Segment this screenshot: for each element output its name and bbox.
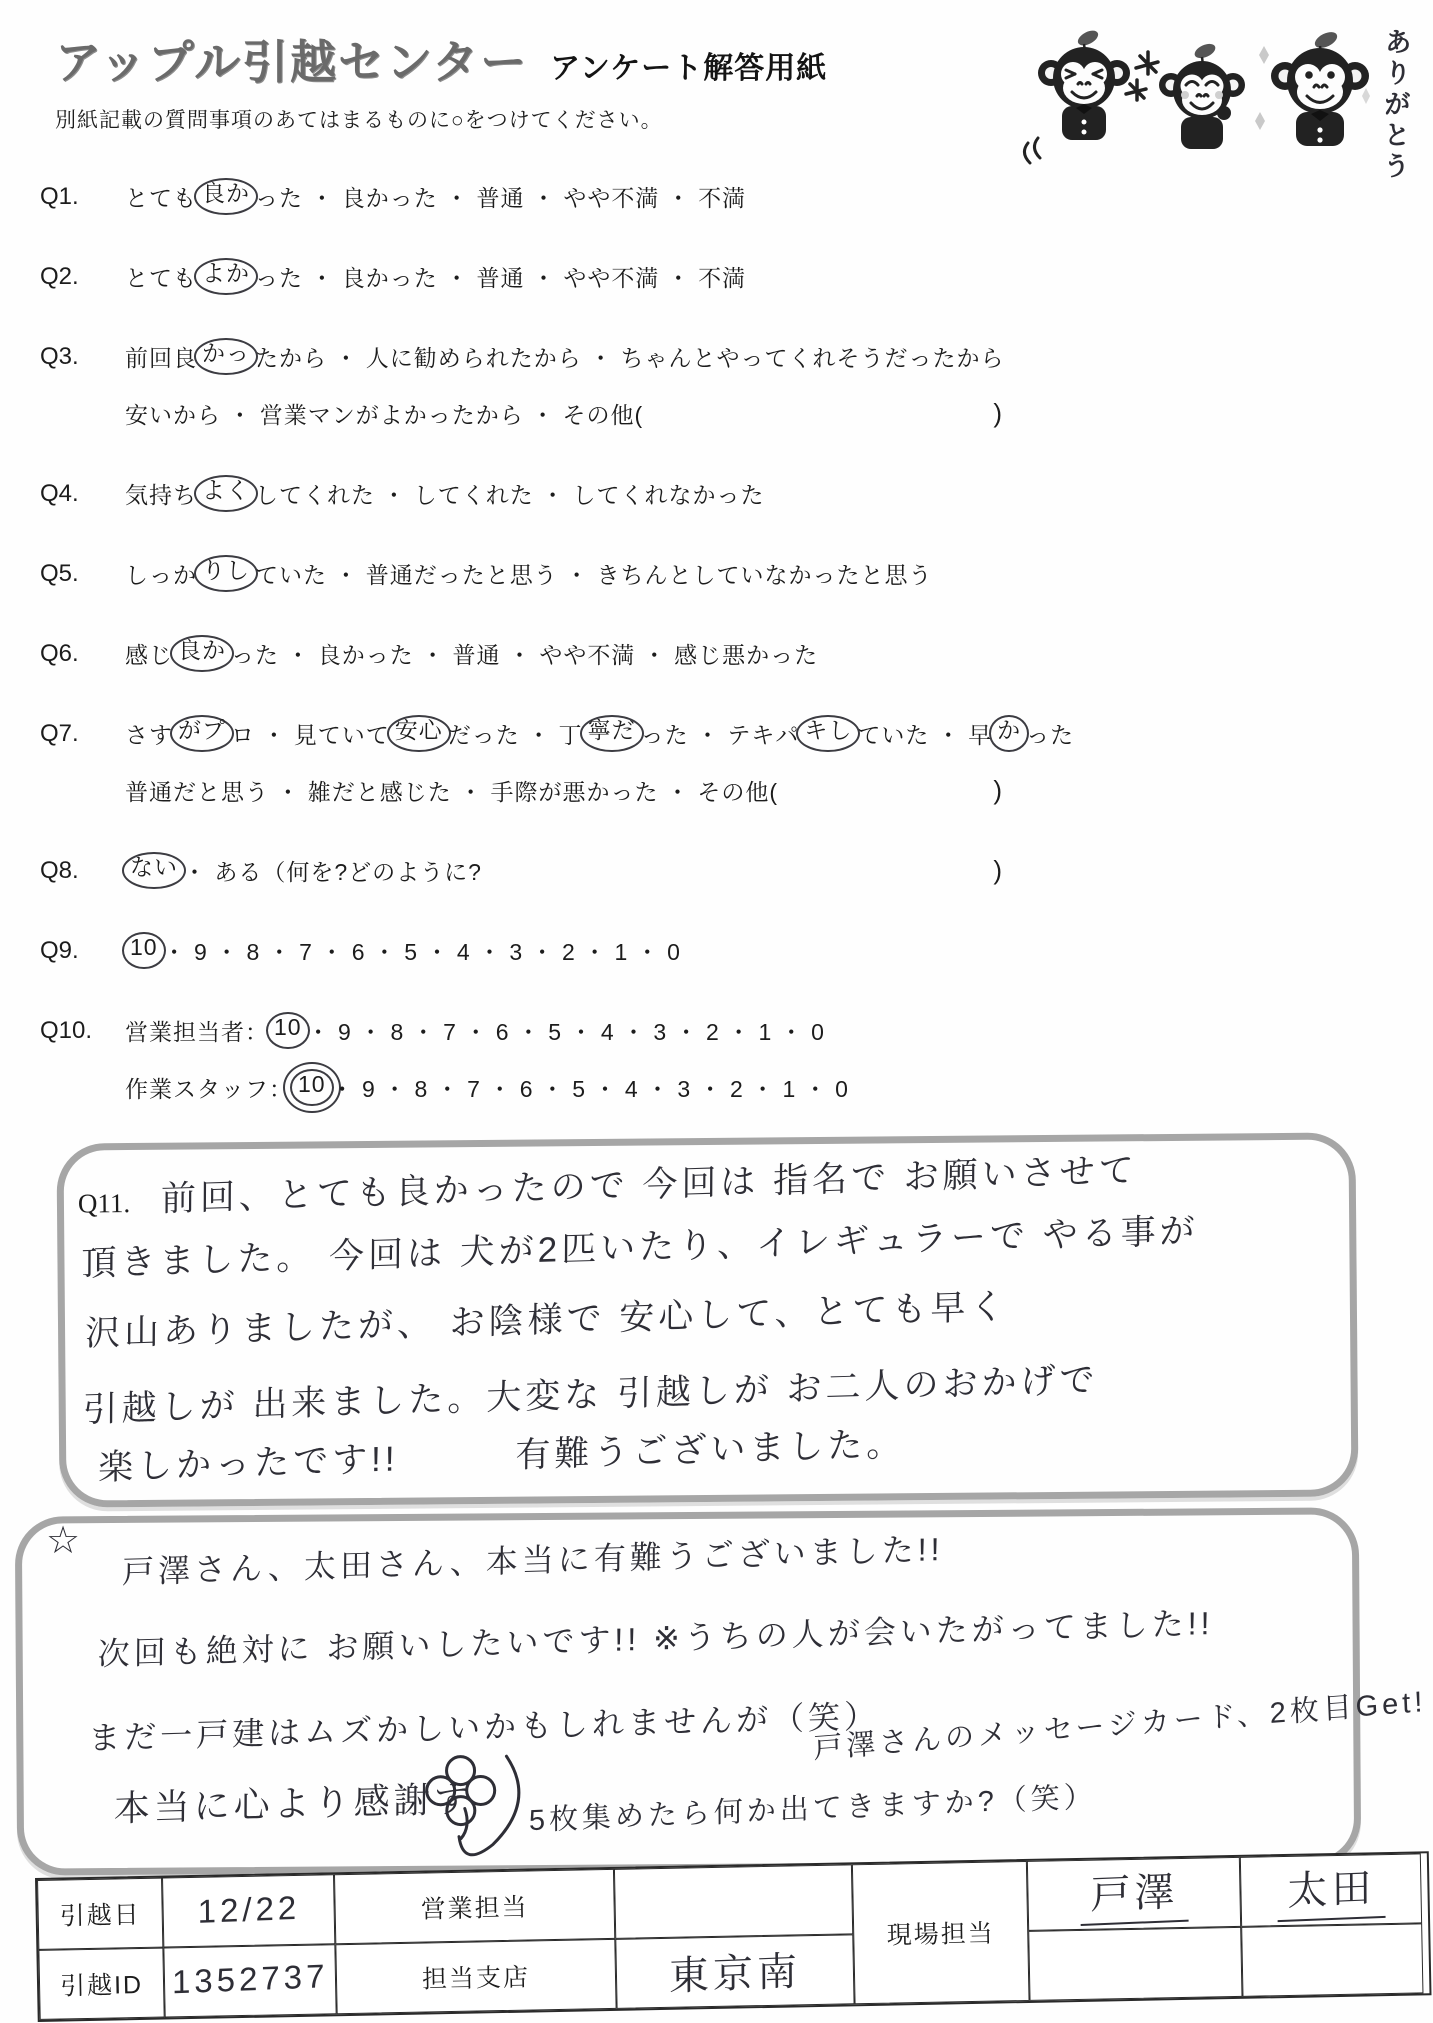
option-text: った ・ 良かった ・ 普通 ・ やや不満 ・ 不満 xyxy=(255,180,746,213)
circled-answer: 10 xyxy=(290,1069,334,1106)
closing-paren: ) xyxy=(993,398,1003,429)
option-line: とても良かった ・ 良かった ・ 普通 ・ やや不満 ・ 不満 xyxy=(125,168,1433,225)
note-line: 戸澤さん、太田さん、本当に有難うございました!! xyxy=(122,1524,944,1593)
option-text: 安いから ・ 営業マンがよかったから ・ その他( xyxy=(125,397,643,430)
brand-logo-text: アップル引越センター xyxy=(55,26,528,92)
circled-answer: 良か xyxy=(194,178,258,215)
option-line: 安いから ・ 営業マンがよかったから ・ その他() xyxy=(125,385,1433,442)
option-line: 感じ良かった ・ 良かった ・ 普通 ・ やや不満 ・ 感じ悪かった xyxy=(125,625,1433,682)
questions: Q1.とても良かった ・ 良かった ・ 普通 ・ やや不満 ・ 不満Q2.とても… xyxy=(40,168,1433,1139)
option-text: だった ・ 丁 xyxy=(448,717,583,750)
empty-cell xyxy=(1241,1923,1423,1996)
question-row: Q9.10 ・ 9 ・ 8 ・ 7 ・ 6 ・ 5 ・ 4 ・ 3 ・ 2 ・ … xyxy=(40,922,1433,979)
move-date-value: 12/22 xyxy=(162,1874,335,1947)
option-text: 気持ち xyxy=(125,477,197,510)
sales-rep-value xyxy=(614,1864,853,1939)
site-staff-label: 現場担当 xyxy=(852,1861,1030,2004)
move-id-label: 引越ID xyxy=(38,1948,164,2020)
branch-value: 東京南 xyxy=(615,1934,854,2009)
question-row: Q2.とてもよかった ・ 良かった ・ 普通 ・ やや不満 ・ 不満 xyxy=(40,248,1433,305)
circled-answer: 10 xyxy=(122,932,166,969)
option-text: さす xyxy=(125,717,173,750)
option-text: った ・ 良かった ・ 普通 ・ やや不満 ・ 感じ悪かった xyxy=(231,637,818,670)
closing-paren: ) xyxy=(993,775,1003,806)
star-mark: ☆ xyxy=(46,1518,80,1563)
circled-answer: がプ xyxy=(170,715,234,752)
q11-label: Q11. xyxy=(78,1188,131,1219)
option-line: しっかりしていた ・ 普通だったと思う ・ きちんとしていなかったと思う xyxy=(125,545,1433,602)
move-id-value: 1352737 xyxy=(163,1944,336,2017)
option-text: 営業担当者： xyxy=(125,1014,269,1047)
option-text: してくれた ・ してくれた ・ してくれなかった xyxy=(255,477,765,510)
option-text: しっか xyxy=(125,557,197,590)
question-id: Q2. xyxy=(40,248,125,305)
option-line: 普通だと思う ・ 雑だと感じた ・ 手際が悪かった ・ その他() xyxy=(125,762,1433,819)
question-row: Q10.営業担当者：10 ・ 9 ・ 8 ・ 7 ・ 6 ・ 5 ・ 4 ・ 3… xyxy=(40,1002,1433,1116)
question-row: Q8.ない ・ ある（何を?どのように?) xyxy=(40,842,1433,899)
option-text: ていた ・ 早 xyxy=(857,717,992,750)
note-closing-right-1: 戸澤さんのメッセージカード、2枚目Get! xyxy=(813,1679,1428,1767)
question-id: Q4. xyxy=(40,465,125,522)
thanks-vertical-text: ありがとう xyxy=(1375,27,1416,188)
option-line: 10 ・ 9 ・ 8 ・ 7 ・ 6 ・ 5 ・ 4 ・ 3 ・ 2 ・ 1 ・… xyxy=(125,922,1433,979)
option-text: ・ ある（何を?どのように? xyxy=(183,854,482,887)
circled-answer: 良か xyxy=(170,635,234,672)
winking-monkey-icon xyxy=(1038,28,1130,140)
empty-cell xyxy=(1028,1927,1242,2001)
form-title: アンケート解答用紙 xyxy=(550,43,827,87)
clover-doodle-icon xyxy=(418,1748,534,1859)
question-id: Q1. xyxy=(40,168,125,225)
option-text: ロ ・ 見ていて xyxy=(231,717,390,750)
option-text: 前回良 xyxy=(125,340,197,373)
option-text: 感じ xyxy=(125,637,173,670)
circled-answer: かっ xyxy=(194,338,258,375)
question-id: Q7. xyxy=(40,705,125,819)
circled-answer: 安心 xyxy=(387,715,451,752)
instruction-text: 別紙記載の質問事項のあてはまるものに○をつけてください。 xyxy=(55,104,827,134)
question-row: Q6.感じ良かった ・ 良かった ・ 普通 ・ やや不満 ・ 感じ悪かった xyxy=(40,625,1433,682)
sparkle-cross-icons xyxy=(1126,52,1158,100)
circled-answer: よく xyxy=(194,475,258,512)
question-row: Q1.とても良かった ・ 良かった ・ 普通 ・ やや不満 ・ 不満 xyxy=(40,168,1433,225)
option-text: ・ 9 ・ 8 ・ 7 ・ 6 ・ 5 ・ 4 ・ 3 ・ 2 ・ 1 ・ 0 xyxy=(307,1014,825,1047)
option-text: 作業スタッフ： xyxy=(125,1071,293,1104)
option-text: った xyxy=(1026,717,1074,750)
option-text: 普通だと思う ・ 雑だと感じた ・ 手際が悪かった ・ その他( xyxy=(125,774,778,807)
question-id: Q9. xyxy=(40,922,125,979)
closing-paren: ) xyxy=(993,855,1003,886)
option-line: 前回良かったから ・ 人に勧められたから ・ ちゃんとやってくれそうだったから xyxy=(125,328,1433,385)
option-line: ない ・ ある（何を?どのように?) xyxy=(125,842,1433,899)
option-text: ・ 9 ・ 8 ・ 7 ・ 6 ・ 5 ・ 4 ・ 3 ・ 2 ・ 1 ・ 0 xyxy=(331,1071,849,1104)
circled-answer: キし xyxy=(796,715,860,752)
smiling-monkey-icon xyxy=(1271,29,1369,146)
option-line: とてもよかった ・ 良かった ・ 普通 ・ やや不満 ・ 不満 xyxy=(125,248,1433,305)
option-text: った ・ 良かった ・ 普通 ・ やや不満 ・ 不満 xyxy=(255,260,746,293)
question-id: Q6. xyxy=(40,625,125,682)
option-text: とても xyxy=(125,260,197,293)
q11-line: 引越しが 出来ました。大変な 引越しが お二人のおかげで xyxy=(83,1352,1099,1432)
option-text: とても xyxy=(125,180,197,213)
circled-answer: りし xyxy=(194,555,258,592)
circled-answer: 寧だ xyxy=(580,715,644,752)
option-text: ていた ・ 普通だったと思う ・ きちんとしていなかったと思う xyxy=(255,557,933,590)
option-text: たから ・ 人に勧められたから ・ ちゃんとやってくれそうだったから xyxy=(255,340,1005,373)
laughing-monkey-icon xyxy=(1159,41,1245,149)
option-line: 作業スタッフ：10 ・ 9 ・ 8 ・ 7 ・ 6 ・ 5 ・ 4 ・ 3 ・ … xyxy=(125,1059,1433,1116)
survey-sheet: アップル引越センター アンケート解答用紙 別紙記載の質問事項のあてはまるものに○… xyxy=(0,0,1433,2023)
move-date-label: 引越日 xyxy=(37,1878,163,1950)
circled-answer: よか xyxy=(194,258,258,295)
footer-table: 引越日 12/22 営業担当 現場担当 戸澤 太田 引越ID 1352737 担… xyxy=(35,1851,1432,2022)
question-row: Q3.前回良かったから ・ 人に勧められたから ・ ちゃんとやってくれそうだった… xyxy=(40,328,1433,442)
site-staff-name-1: 戸澤 xyxy=(1027,1857,1241,1931)
question-row: Q5.しっかりしていた ・ 普通だったと思う ・ きちんとしていなかったと思う xyxy=(40,545,1433,602)
circled-answer: ない xyxy=(122,852,186,889)
extra-note-box: 戸澤さん、太田さん、本当に有難うございました!! 次回も絶対に お願いしたいです… xyxy=(15,1507,1361,1875)
question-id: Q10. xyxy=(40,1002,125,1116)
question-id: Q3. xyxy=(40,328,125,442)
site-staff-name-2: 太田 xyxy=(1240,1853,1422,1926)
question-row: Q4.気持ちよくしてくれた ・ してくれた ・ してくれなかった xyxy=(40,465,1433,522)
option-line: さすがプロ ・ 見ていて安心だった ・ 丁寧だった ・ テキパキしていた ・ 早… xyxy=(125,705,1433,762)
option-line: 気持ちよくしてくれた ・ してくれた ・ してくれなかった xyxy=(125,465,1433,522)
sales-rep-label: 営業担当 xyxy=(334,1869,615,1944)
note-closing-right-2: 5枚集めたら何か出てきますか?（笑） xyxy=(529,1774,1097,1839)
option-line: 営業担当者：10 ・ 9 ・ 8 ・ 7 ・ 6 ・ 5 ・ 4 ・ 3 ・ 2… xyxy=(125,1002,1433,1059)
circled-answer: 10 xyxy=(266,1012,310,1049)
question-row: Q7.さすがプロ ・ 見ていて安心だった ・ 丁寧だった ・ テキパキしていた … xyxy=(40,705,1433,819)
header: アップル引越センター アンケート解答用紙 別紙記載の質問事項のあてはまるものに○… xyxy=(55,26,827,134)
note-line: 次回も絶対に お願いしたいです!! ※うちの人が会いたがってました!! xyxy=(98,1598,1214,1675)
branch-label: 担当支店 xyxy=(335,1939,616,2014)
option-text: った ・ テキパ xyxy=(641,717,800,750)
q11-line: 沢山ありましたが、 お陰様で 安心して、とても早く xyxy=(85,1279,1009,1356)
option-text: ・ 9 ・ 8 ・ 7 ・ 6 ・ 5 ・ 4 ・ 3 ・ 2 ・ 1 ・ 0 xyxy=(163,934,681,967)
circled-answer: か xyxy=(989,715,1029,752)
question-id: Q8. xyxy=(40,842,125,899)
question-id: Q5. xyxy=(40,545,125,602)
q11-comment-box: Q11. 前回、とても良かったので 今回は 指名で お願いさせて 頂きました。 … xyxy=(56,1132,1358,1507)
